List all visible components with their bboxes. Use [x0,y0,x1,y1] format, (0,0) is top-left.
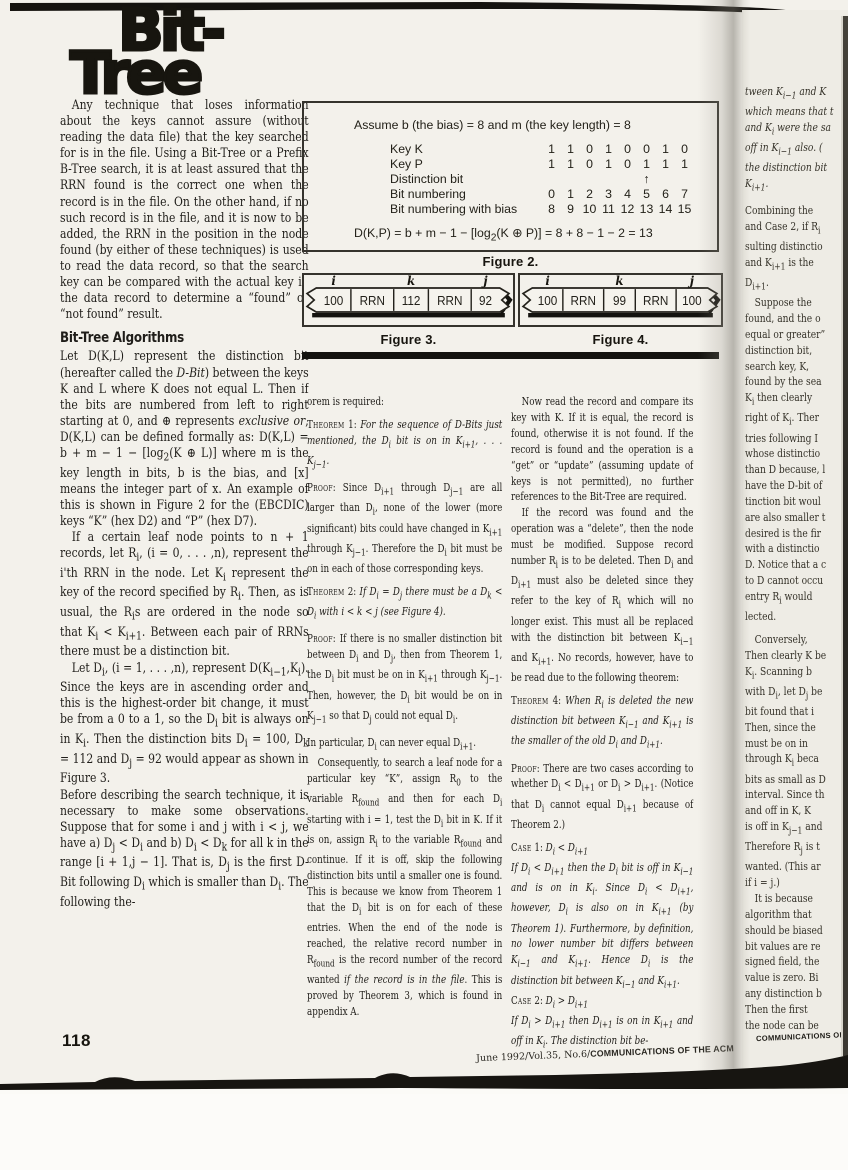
bit-cell: 1 [561,141,580,156]
paragraph: Proof: There are two cases according to … [511,761,693,833]
text-line: Then, since the [745,720,848,736]
bit-cell: 14 [656,201,675,216]
text-line: tinction bit woul [745,494,848,510]
text-line: It is because [745,891,848,907]
text-line: interval. Since th [745,787,848,803]
bit-cell: 12 [618,201,637,216]
bit-cell [675,171,694,186]
bit-cell: 13 [637,201,656,216]
text-line: and off in K, K [745,803,848,819]
text-line: Combining the [745,203,848,219]
paragraph: Proof: Since Di+1 through Dj−1 are all l… [307,480,502,577]
column-middle: orem is required:Theorem 1: For the sequ… [307,394,502,1032]
bit-cell: 9 [561,201,580,216]
text-line: is off in Kj−1 and [745,819,848,839]
bit-row-label: Bit numbering [390,186,542,201]
text-line: are also smaller t [745,510,848,526]
text-line: search key, K, [745,359,848,375]
paragraph: If the record was found and the operatio… [511,505,693,686]
bit-cell: 0 [618,141,637,156]
text-line: off in Ki−1 also. ( [745,140,848,160]
text-line: with a distinctio [745,541,848,557]
text-line: and Case 2, if Ri [745,219,848,239]
text-line: tween Ki−1 and K [745,84,848,104]
text-line: which means that t [745,104,848,120]
paragraph: If a certain leaf node points to n + 1 r… [60,530,309,661]
bit-row: Bit numbering01234567 [390,186,694,201]
section-divider-rule [302,352,719,359]
bit-cell: 10 [580,201,599,216]
bit-row: Bit numbering with bias89101112131415 [390,201,694,216]
figure2-bit-table: Key K11010010Key P11010111Distinction bi… [390,141,694,216]
figure4-panel: 100RRN99RRN100ikj [518,273,723,327]
text-line: whose distinctio [745,446,848,462]
text-line: Then the first [745,1002,848,1018]
bit-cell [599,171,618,186]
text-line: distinction bit, [745,343,848,359]
bit-row-label: Key P [390,156,542,171]
text-line: entry Ri would [745,589,848,609]
bit-cell: 0 [618,156,637,171]
text-line: Suppose the [745,295,848,311]
text-line: D. Notice that a c [745,557,848,573]
bit-row: Distinction bit↑ [390,171,694,186]
right-page-edge [841,16,848,1056]
figure3-caption: Figure 3. [302,332,515,347]
bit-cell: 1 [542,141,561,156]
paragraph: Proof: If there is no smaller distinctio… [307,631,502,728]
paragraph: Consequently, to search a leaf node for … [307,755,502,1019]
bit-cell: 1 [599,141,618,156]
svg-text:92: 92 [479,294,492,308]
bit-cell: ↑ [637,171,656,186]
text-line: if i = j.) [745,875,848,891]
svg-text:i: i [545,275,550,288]
svg-text:100: 100 [538,294,558,308]
bit-cell: 15 [675,201,694,216]
left-paragraphs: Let D(K,L) represent the distinction bit… [60,349,309,911]
bit-cell: 0 [580,141,599,156]
figure3-ribbon: 100RRN112RRN92ikj [304,275,513,325]
bit-cell: 1 [656,156,675,171]
text-line: lected. [745,609,848,625]
figure4-caption: Figure 4. [518,332,723,347]
paragraph: Before describing the search technique, … [60,788,309,911]
svg-text:RRN: RRN [643,294,668,308]
bit-cell [618,171,637,186]
text-line: sulting distinctio [745,239,848,255]
intro-paragraph: Any technique that loses information abo… [60,98,309,323]
text-line: to D cannot occu [745,573,848,589]
scanner-bed [0,1094,848,1170]
text-line: bit values are re [745,939,848,955]
bit-cell: 11 [599,201,618,216]
next-page-text: tween Ki−1 and Kwhich means that tand Ki… [745,84,848,1030]
svg-text:RRN: RRN [437,294,462,308]
text-line: Di+1. [745,275,848,295]
bit-cell: 0 [675,141,694,156]
bit-cell [656,171,675,186]
text-line: equal or greater” [745,327,848,343]
bit-cell: 4 [618,186,637,201]
bit-cell: 0 [637,141,656,156]
svg-text:RRN: RRN [571,294,596,308]
bit-cell: 0 [542,186,561,201]
figure2-caption: Figure 2. [302,254,719,269]
bit-cell: 1 [561,156,580,171]
page-fold-shadow [698,0,750,1088]
text-line: found by the sea [745,374,848,390]
text-line: bit found that i [745,704,848,720]
text-line: desired is the fir [745,526,848,542]
page-number: 118 [62,1031,91,1051]
text-line: the distinction bit [745,160,848,176]
text-line: value is zero. Bi [745,970,848,986]
section-heading: Bit-Tree Algorithms [60,330,309,346]
paragraph: orem is required: [307,394,502,410]
bit-row-label: Key K [390,141,542,156]
paragraph: Theorem 2: If Di = Dj there must be a Dk… [307,584,502,624]
scanned-page: Bit- Tree Any technique that loses infor… [0,0,848,1170]
text-line: through Ki beca [745,751,848,771]
text-line: Ki. Scanning b [745,664,848,684]
svg-text:k: k [615,275,623,288]
svg-text:j: j [481,275,488,288]
bit-cell: 5 [637,186,656,201]
text-line: Then clearly K be [745,648,848,664]
bit-row: Key P11010111 [390,156,694,171]
text-line: bits as small as D [745,772,848,788]
svg-text:i: i [331,275,336,288]
svg-text:k: k [407,275,415,288]
bit-cell: 3 [599,186,618,201]
bit-cell [542,171,561,186]
figure2-panel: Assume b (the bias) = 8 and m (the key l… [302,101,719,252]
figure2-assumption: Assume b (the bias) = 8 and m (the key l… [354,118,717,132]
text-line: wanted. (This ar [745,859,848,875]
svg-text:99: 99 [613,294,626,308]
text-line: than D because, l [745,462,848,478]
title-line-tree: Tree [70,45,199,103]
text-line: and Ki+1 is the [745,255,848,275]
bit-cell [561,171,580,186]
paragraph: Now read the record and compare its key … [511,394,693,505]
text-line: Ki+1. [745,176,848,196]
bit-cell: 1 [561,186,580,201]
svg-text:RRN: RRN [360,294,385,308]
text-line: algorithm that [745,907,848,923]
bit-cell: 1 [656,141,675,156]
paragraph: Theorem 1: For the sequence of D-Bits ju… [307,417,502,473]
text-line: must be on in [745,736,848,752]
paragraph: Case 1: Di < Di+1If Di < Di+1 then the D… [511,840,693,993]
text-line: and Ki were the sa [745,120,848,140]
text-line: any distinction b [745,986,848,1002]
next-page-edge: tween Ki−1 and Kwhich means that tand Ki… [742,10,848,1088]
bit-cell [580,171,599,186]
paragraph: In particular, Di can never equal Di+1. [307,735,502,755]
bit-row-label: Distinction bit [390,171,542,186]
paragraph: Let D(K,L) represent the distinction bit… [60,349,309,530]
paragraph: Let Di, (i = 1, . . . ,n), represent D(K… [60,661,309,788]
text-line: have the D-bit of [745,478,848,494]
text-line: should be biased [745,923,848,939]
column-left: Any technique that loses information abo… [60,98,309,1018]
bit-cell: 1 [637,156,656,171]
bit-cell: 6 [656,186,675,201]
svg-text:j: j [688,275,695,288]
text-line: Therefore Rj is t [745,839,848,859]
figure3-panel: 100RRN112RRN92ikj [302,273,515,327]
text-line: with Di, let Dj be [745,684,848,704]
figure2-formula: D(K,P) = b + m − 1 − [log2(K ⊕ P)] = 8 +… [354,226,717,243]
next-page-footer: COMMUNICATIONS OF TI [756,1030,848,1043]
text-line: Ki then clearly [745,390,848,410]
svg-text:100: 100 [324,294,344,308]
bit-cell: 1 [542,156,561,171]
bit-cell: 2 [580,186,599,201]
bit-row: Key K11010010 [390,141,694,156]
text-line: tries following I [745,431,848,447]
bit-row-label: Bit numbering with bias [390,201,542,216]
figure4-ribbon: 100RRN99RRN100ikj [520,275,721,325]
bit-cell: 1 [599,156,618,171]
text-line: the node can be [745,1018,848,1030]
text-line: signed field, the [745,954,848,970]
column-right: Now read the record and compare its key … [511,394,693,1048]
svg-text:112: 112 [402,294,421,308]
paragraph: Theorem 4: When Ri is deleted the new di… [511,693,693,754]
bit-cell: 1 [675,156,694,171]
bit-cell: 7 [675,186,694,201]
text-line: found, and the o [745,311,848,327]
text-line: Conversely, [745,632,848,648]
bit-cell: 8 [542,201,561,216]
bit-cell: 0 [580,156,599,171]
text-line: right of Ki. Ther [745,410,848,430]
